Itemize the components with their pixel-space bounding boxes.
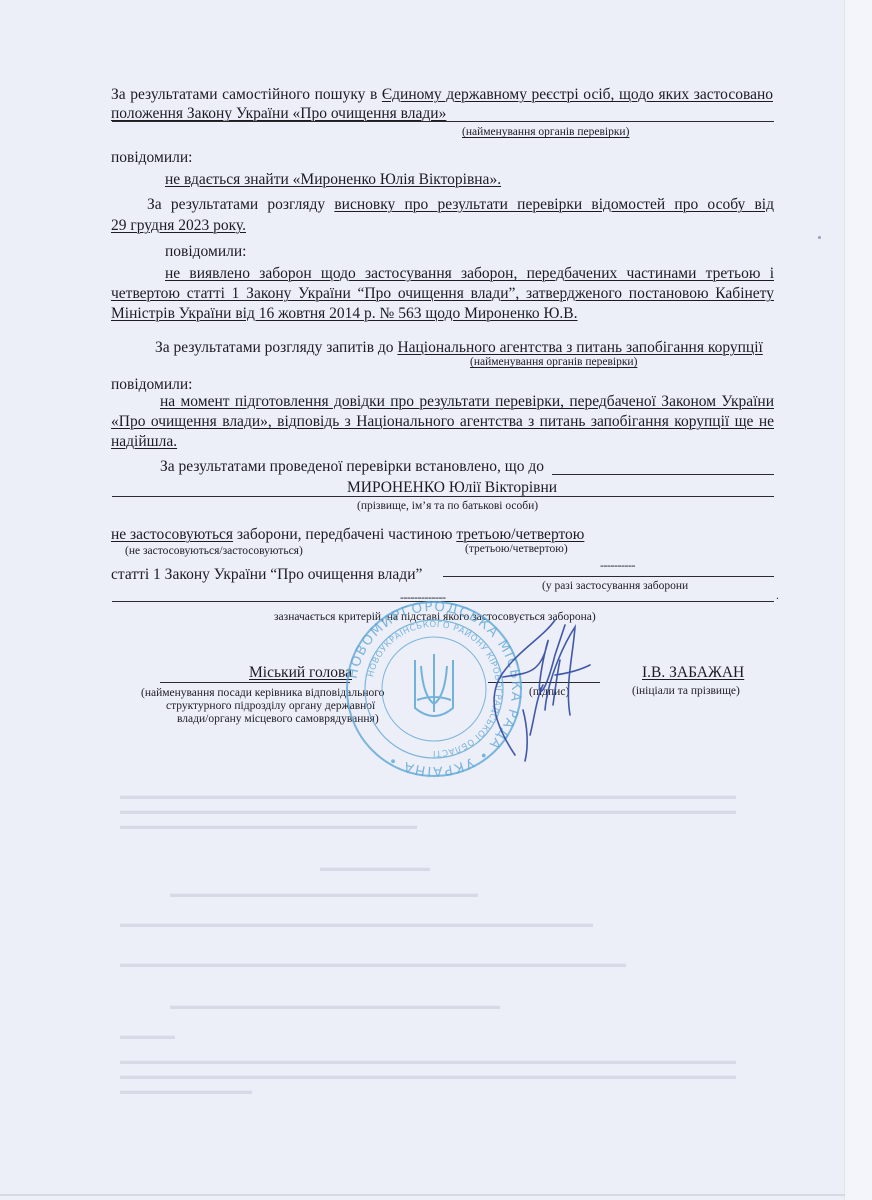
status-line: не застосовуються заборони, передбачені … — [111, 526, 584, 544]
section2-result-line2: четвертою статті 1 Закону України “Про о… — [111, 285, 774, 303]
caption-if-applied: (у разі застосування заборони — [542, 580, 688, 593]
person-name: МИРОНЕНКО Юлії Вікторівни — [347, 479, 557, 497]
page-edge-strip — [844, 0, 872, 1200]
handwritten-signature — [485, 615, 605, 765]
section1-registry-name: Єдиному державному реєстрі осіб, щодо як… — [382, 86, 773, 103]
reported-label-2: повідомили: — [165, 243, 246, 261]
caption-position-2: структурного підрозділу органу державної — [166, 700, 375, 713]
conclusion-intro: За результатами проведеної перевірки вст… — [160, 458, 544, 476]
page-bottom-edge — [0, 1194, 845, 1196]
caption-name: (ініціали та прізвище) — [632, 685, 740, 698]
end-period: . — [776, 590, 779, 603]
section3-result-line2: «Про очищення влади», відповідь з Націон… — [111, 413, 774, 431]
section2-result-line3: Міністрів України від 16 жовтня 2014 р. … — [111, 305, 578, 323]
section2-line1: За результатами розгляду висновку про ре… — [147, 196, 774, 214]
position-line — [160, 682, 350, 683]
section2-line2: 29 грудня 2023 року. — [111, 217, 246, 235]
section3-intro-text: За результатами розгляду запитів до — [155, 339, 397, 356]
section2-result-line1: не виявлено заборон щодо застосування за… — [165, 265, 774, 283]
section1-result: не вдається знайти «Мироненко Юлія Вікто… — [165, 171, 501, 189]
caption-organ-2: (найменування органів перевірки) — [470, 356, 637, 369]
section2-conclusion-ref: висновку про результати перевірки відомо… — [334, 196, 774, 213]
caption-status: (не застосовуються/застосовуються) — [125, 545, 303, 558]
fill-line — [443, 576, 774, 577]
caption-organ-1: (найменування органів перевірки) — [462, 126, 629, 139]
trident-emblem-icon — [415, 654, 453, 716]
section3-result-line3: надійшла. — [111, 433, 177, 451]
position-title: Міський голова — [249, 664, 352, 682]
section1-intro-text: За результатами самостійного пошуку в — [111, 86, 382, 103]
scanned-document-page: ▬▬▬▬▬▬▬▬▬▬▬▬▬▬▬▬▬▬▬▬▬▬▬▬▬▬▬▬▬▬▬▬▬▬▬▬▬▬▬▬… — [0, 0, 872, 1200]
scan-speck — [818, 236, 821, 239]
article-reference: статті 1 Закону України “Про очищення вл… — [111, 566, 422, 584]
section2-intro-text: За результатами розгляду — [147, 196, 334, 213]
ban-part: третьою/четвертою — [456, 526, 584, 543]
signer-name: І.В. ЗАБАЖАН — [642, 664, 744, 682]
fill-line — [552, 474, 774, 475]
dashes-placeholder-1: ---------- — [600, 559, 635, 572]
fill-line — [112, 121, 774, 122]
reported-label-1: повідомили: — [111, 149, 192, 167]
section3-agency-name: Національного агентства з питань запобіг… — [397, 339, 762, 356]
caption-person: (прізвище, ім’я та по батькові особи) — [357, 500, 538, 513]
caption-part: (третьою/четвертою) — [465, 543, 568, 556]
ban-status: не застосовуються — [111, 526, 233, 543]
section1-line1: За результатами самостійного пошуку в Єд… — [111, 86, 773, 104]
reported-label-3: повідомили: — [111, 376, 192, 394]
section2-date: 29 грудня 2023 року. — [111, 217, 246, 234]
section3-line1: За результатами розгляду запитів до Наці… — [155, 339, 763, 357]
section1-law-name: положення Закону України «Про очищення в… — [111, 105, 446, 122]
section3-result-line1: на момент підготовлення довідки про резу… — [160, 393, 774, 411]
